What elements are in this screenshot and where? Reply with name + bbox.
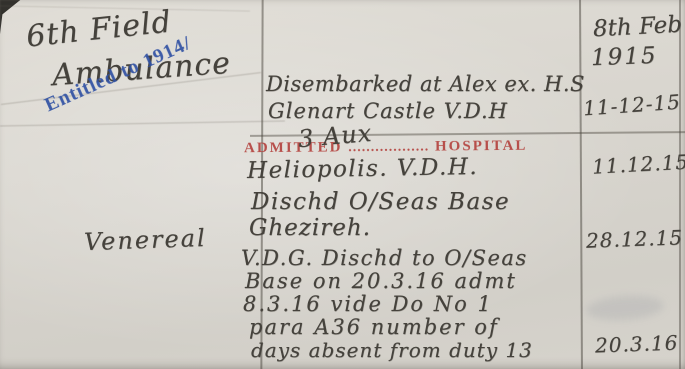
faint-stamp-mark — [585, 293, 664, 322]
entry-disembarked-line2: Glenart Castle V.D.H — [268, 99, 508, 123]
stamp-word-hospital: HOSPITAL — [435, 138, 528, 155]
date-entry-5: 20.3.16 — [595, 331, 679, 358]
date-entry-1-line2: 1915 — [591, 43, 658, 71]
date-entry-3: 11.12.15. — [591, 149, 685, 178]
date-entry-1-line1: 8th Feb — [592, 12, 682, 43]
page-edge-rule — [679, 0, 681, 369]
paper-crease — [0, 121, 285, 127]
entry-vdg-line3: 8.3.16 vide Do No 1 — [243, 292, 493, 316]
entry-dischd-line2: Ghezireh. — [249, 215, 371, 241]
column-divider-right — [579, 0, 583, 369]
entry-vdg-line1: V.D.G. Dischd to O/Seas — [241, 246, 528, 270]
entry-vdg-line2: Base on 20.3.16 admt — [245, 269, 517, 293]
admitted-hospital-stamp: ADMITTED .................. HOSPITAL — [244, 138, 528, 157]
diagnosis-entry: Venereal — [84, 224, 208, 256]
entry-disembarked-line1: Disembarked at Alex ex. H.S — [266, 72, 585, 96]
date-entry-4: 28.12.15 — [586, 225, 684, 252]
entry-vdg-line5: days absent from duty 13 — [251, 338, 533, 362]
entry-vdg-line4: para A36 number of — [249, 315, 499, 339]
entry-dischd-line1: Dischd O/Seas Base — [251, 189, 510, 215]
page-corner-shadow — [0, 0, 27, 59]
medical-record-card-scan: 6th Field Ambulance Entitled to 1914/ Ve… — [0, 0, 685, 369]
entry-heliopolis: Heliopolis. V.D.H. — [247, 154, 479, 184]
date-entry-2: 11-12-15 — [582, 90, 681, 121]
